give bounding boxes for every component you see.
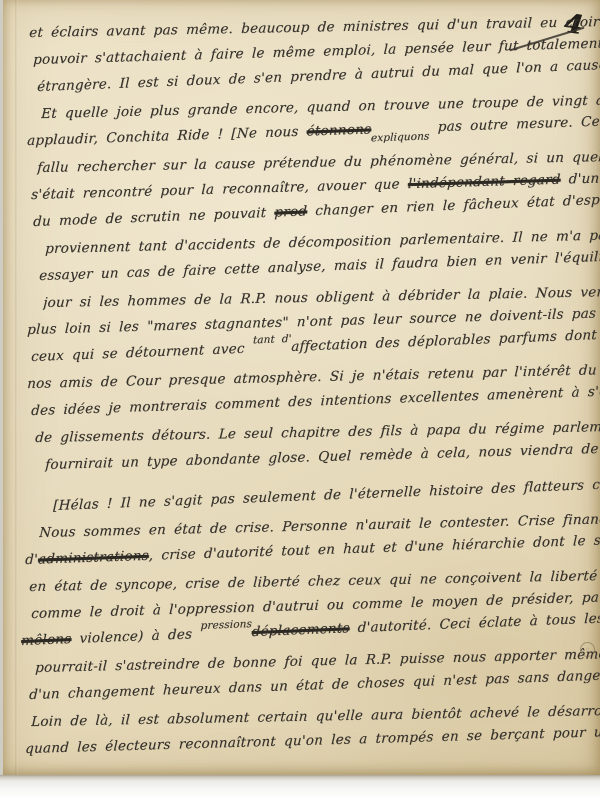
inserted-word: tant d' — [253, 333, 292, 347]
margin-circle-mark: ◦ — [580, 642, 595, 657]
struck-word: étonnons — [306, 121, 371, 139]
struck-word: prod — [274, 203, 307, 220]
inserted-word: pressions — [200, 618, 252, 632]
inserted-word: expliquons — [371, 130, 430, 144]
mount-mat — [0, 775, 600, 800]
struck-word: administrations — [38, 548, 149, 568]
struck-word: mêlons — [21, 631, 72, 649]
manuscript-lines: et éclairs avant pas même. beaucoup de m… — [3, 20, 600, 763]
scanned-manuscript-photo: { "document": { "page_number": "4", "mar… — [0, 0, 600, 800]
struck-word: déplacements — [251, 620, 349, 640]
manuscript-paper: 4 et éclairs avant pas même. beaucoup de… — [3, 0, 600, 775]
